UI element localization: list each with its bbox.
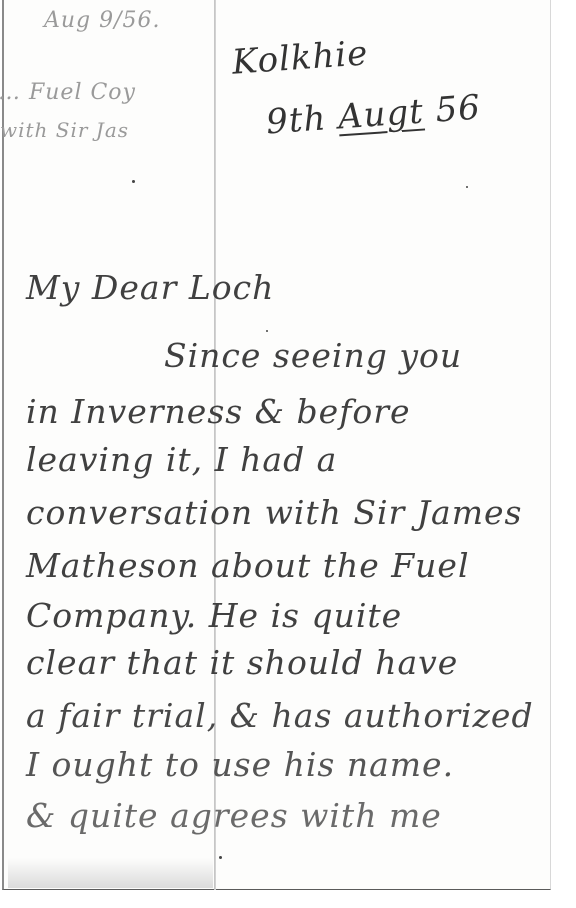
body-line-9: I ought to use his name. xyxy=(26,745,454,784)
letter-page: Aug 9/56. … Fuel Coy with Sir Jas Kolkhi… xyxy=(2,0,551,890)
body-line-7: clear that it should have xyxy=(26,643,458,682)
ink-speck xyxy=(466,186,468,188)
body-line-6: Company. He is quite xyxy=(26,596,402,635)
docket-line-1: … Fuel Coy xyxy=(0,80,136,105)
body-line-3: leaving it, I had a xyxy=(26,440,337,479)
body-line-4: conversation with Sir James xyxy=(26,493,522,532)
letter-date: 9th Augt 56 xyxy=(265,88,482,143)
ink-speck xyxy=(219,856,222,859)
salutation: My Dear Loch xyxy=(26,268,274,307)
ink-speck xyxy=(266,330,268,332)
docket-date: Aug 9/56. xyxy=(44,8,161,33)
body-line-1: Since seeing you xyxy=(164,336,462,375)
docket-line-2: with Sir Jas xyxy=(0,118,129,142)
body-line-5: Matheson about the Fuel xyxy=(26,546,470,585)
letter-place: Kolkhie xyxy=(231,33,370,82)
date-year: 56 xyxy=(434,88,482,131)
paper-smudge xyxy=(8,858,213,888)
body-line-2: in Inverness & before xyxy=(26,392,411,431)
date-day: 9th xyxy=(265,98,328,142)
body-line-10: & quite agrees with me xyxy=(26,796,442,835)
ink-speck xyxy=(132,180,135,183)
body-line-8: a fair trial, & has authorized xyxy=(26,696,534,735)
date-month: Augt xyxy=(337,92,425,138)
